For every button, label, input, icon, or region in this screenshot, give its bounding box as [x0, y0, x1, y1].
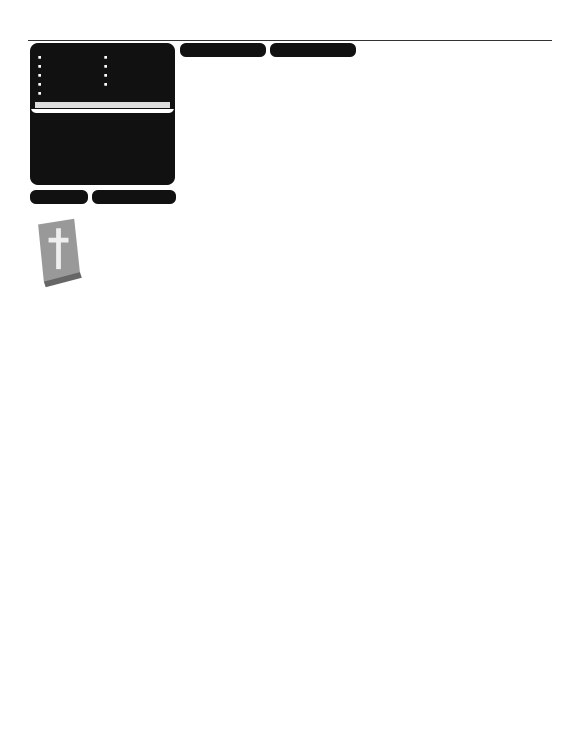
family-notice-categories [30, 43, 175, 185]
category-item [38, 81, 104, 88]
page-header [28, 28, 552, 40]
column-4 [270, 43, 356, 62]
category-item [104, 63, 170, 70]
category-item [38, 90, 104, 97]
category-item [104, 72, 170, 79]
deaths-band [270, 43, 356, 57]
deaths-band [180, 43, 266, 57]
column-1 [30, 190, 88, 299]
category-item [38, 72, 104, 79]
images-note [30, 108, 175, 114]
category-item [104, 54, 170, 61]
deaths-band [92, 190, 176, 204]
category-item [38, 63, 104, 70]
categories-list [35, 54, 170, 97]
bible-cross-icon [30, 215, 88, 291]
column-2 [92, 190, 176, 209]
deaths-band [30, 190, 88, 204]
column-3 [180, 43, 266, 62]
header-rule [28, 40, 552, 41]
category-item [38, 54, 104, 61]
category-item [104, 81, 170, 88]
